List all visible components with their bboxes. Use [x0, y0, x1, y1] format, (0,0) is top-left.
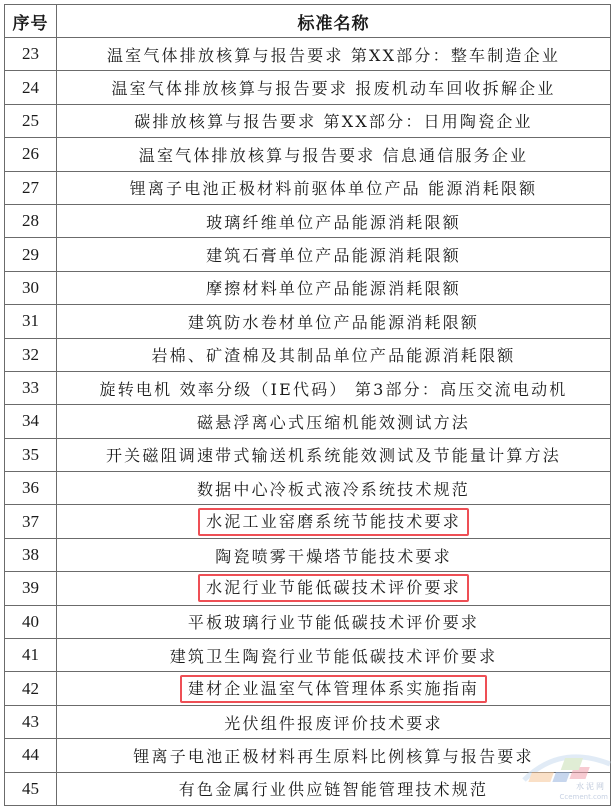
standard-name-cell: 温室气体排放核算与报告要求 报废机动车回收拆解企业: [57, 71, 611, 104]
serial-number-cell: 27: [5, 171, 57, 204]
standard-name-cell: 锂离子电池正极材料前驱体单位产品 能源消耗限额: [57, 171, 611, 204]
table-row: 37水泥工业窑磨系统节能技术要求: [5, 505, 611, 538]
table-row: 33旋转电机 效率分级（IE代码） 第3部分：高压交流电动机: [5, 371, 611, 404]
table-row: 35开关磁阻调速带式输送机系统能效测试及节能量计算方法: [5, 438, 611, 471]
table-row: 40平板玻璃行业节能低碳技术评价要求: [5, 605, 611, 638]
table-row: 39水泥行业节能低碳技术评价要求: [5, 572, 611, 605]
serial-number-cell: 38: [5, 538, 57, 571]
table-row: 42建材企业温室气体管理体系实施指南: [5, 672, 611, 705]
table-row: 41建筑卫生陶瓷行业节能低碳技术评价要求: [5, 639, 611, 672]
standard-name-cell: 建筑石膏单位产品能源消耗限额: [57, 238, 611, 271]
table-row: 45有色金属行业供应链智能管理技术规范: [5, 772, 611, 805]
table-row: 26温室气体排放核算与报告要求 信息通信服务企业: [5, 138, 611, 171]
serial-number-cell: 28: [5, 204, 57, 237]
serial-number-cell: 25: [5, 104, 57, 137]
standard-name-cell: 光伏组件报废评价技术要求: [57, 705, 611, 738]
standard-name-cell: 温室气体排放核算与报告要求 信息通信服务企业: [57, 138, 611, 171]
table-row: 34磁悬浮离心式压缩机能效测试方法: [5, 405, 611, 438]
serial-number-cell: 30: [5, 271, 57, 304]
standard-name-cell: 磁悬浮离心式压缩机能效测试方法: [57, 405, 611, 438]
serial-number-cell: 42: [5, 672, 57, 705]
standard-name-cell: 建筑卫生陶瓷行业节能低碳技术评价要求: [57, 639, 611, 672]
standard-name-cell: 平板玻璃行业节能低碳技术评价要求: [57, 605, 611, 638]
standard-name-cell: 碳排放核算与报告要求 第XX部分：日用陶瓷企业: [57, 104, 611, 137]
serial-number-cell: 23: [5, 38, 57, 71]
standard-name-cell: 有色金属行业供应链智能管理技术规范: [57, 772, 611, 805]
standard-name-cell: 玻璃纤维单位产品能源消耗限额: [57, 204, 611, 237]
table-row: 29建筑石膏单位产品能源消耗限额: [5, 238, 611, 271]
table-row: 38陶瓷喷雾干燥塔节能技术要求: [5, 538, 611, 571]
standard-name-cell: 建材企业温室气体管理体系实施指南: [57, 672, 611, 705]
standard-name-cell: 温室气体排放核算与报告要求 第XX部分：整车制造企业: [57, 38, 611, 71]
serial-number-cell: 24: [5, 71, 57, 104]
highlight-box: 水泥工业窑磨系统节能技术要求: [198, 508, 469, 536]
standard-name-cell: 旋转电机 效率分级（IE代码） 第3部分：高压交流电动机: [57, 371, 611, 404]
standard-name-cell: 岩棉、矿渣棉及其制品单位产品能源消耗限额: [57, 338, 611, 371]
table-row: 30摩擦材料单位产品能源消耗限额: [5, 271, 611, 304]
serial-number-cell: 43: [5, 705, 57, 738]
standard-name-cell: 陶瓷喷雾干燥塔节能技术要求: [57, 538, 611, 571]
serial-number-cell: 36: [5, 472, 57, 505]
table-row: 27锂离子电池正极材料前驱体单位产品 能源消耗限额: [5, 171, 611, 204]
serial-number-cell: 31: [5, 305, 57, 338]
table-row: 36数据中心冷板式液冷系统技术规范: [5, 472, 611, 505]
standard-name-cell: 水泥行业节能低碳技术评价要求: [57, 572, 611, 605]
serial-number-cell: 41: [5, 639, 57, 672]
table-header-row: 序号 标准名称: [5, 5, 611, 38]
standard-name-cell: 数据中心冷板式液冷系统技术规范: [57, 472, 611, 505]
table-row: 44锂离子电池正极材料再生原料比例核算与报告要求: [5, 739, 611, 772]
standard-name-cell: 建筑防水卷材单位产品能源消耗限额: [57, 305, 611, 338]
standard-name-cell: 开关磁阻调速带式输送机系统能效测试及节能量计算方法: [57, 438, 611, 471]
standards-table: 序号 标准名称 23温室气体排放核算与报告要求 第XX部分：整车制造企业24温室…: [4, 4, 611, 806]
serial-number-cell: 40: [5, 605, 57, 638]
table-row: 25碳排放核算与报告要求 第XX部分：日用陶瓷企业: [5, 104, 611, 137]
standard-name-cell: 锂离子电池正极材料再生原料比例核算与报告要求: [57, 739, 611, 772]
serial-number-cell: 29: [5, 238, 57, 271]
serial-number-cell: 32: [5, 338, 57, 371]
table-row: 28玻璃纤维单位产品能源消耗限额: [5, 204, 611, 237]
serial-number-cell: 37: [5, 505, 57, 538]
table-row: 43光伏组件报废评价技术要求: [5, 705, 611, 738]
serial-number-cell: 33: [5, 371, 57, 404]
serial-number-cell: 44: [5, 739, 57, 772]
header-standard-name: 标准名称: [57, 5, 611, 38]
table-row: 31建筑防水卷材单位产品能源消耗限额: [5, 305, 611, 338]
serial-number-cell: 39: [5, 572, 57, 605]
table-row: 32岩棉、矿渣棉及其制品单位产品能源消耗限额: [5, 338, 611, 371]
standard-name-cell: 摩擦材料单位产品能源消耗限额: [57, 271, 611, 304]
serial-number-cell: 45: [5, 772, 57, 805]
standard-name-cell: 水泥工业窑磨系统节能技术要求: [57, 505, 611, 538]
table-row: 24温室气体排放核算与报告要求 报废机动车回收拆解企业: [5, 71, 611, 104]
highlight-box: 建材企业温室气体管理体系实施指南: [180, 675, 487, 703]
serial-number-cell: 34: [5, 405, 57, 438]
serial-number-cell: 35: [5, 438, 57, 471]
header-serial-number: 序号: [5, 5, 57, 38]
table-row: 23温室气体排放核算与报告要求 第XX部分：整车制造企业: [5, 38, 611, 71]
serial-number-cell: 26: [5, 138, 57, 171]
highlight-box: 水泥行业节能低碳技术评价要求: [198, 574, 469, 602]
table-body: 23温室气体排放核算与报告要求 第XX部分：整车制造企业24温室气体排放核算与报…: [5, 38, 611, 806]
